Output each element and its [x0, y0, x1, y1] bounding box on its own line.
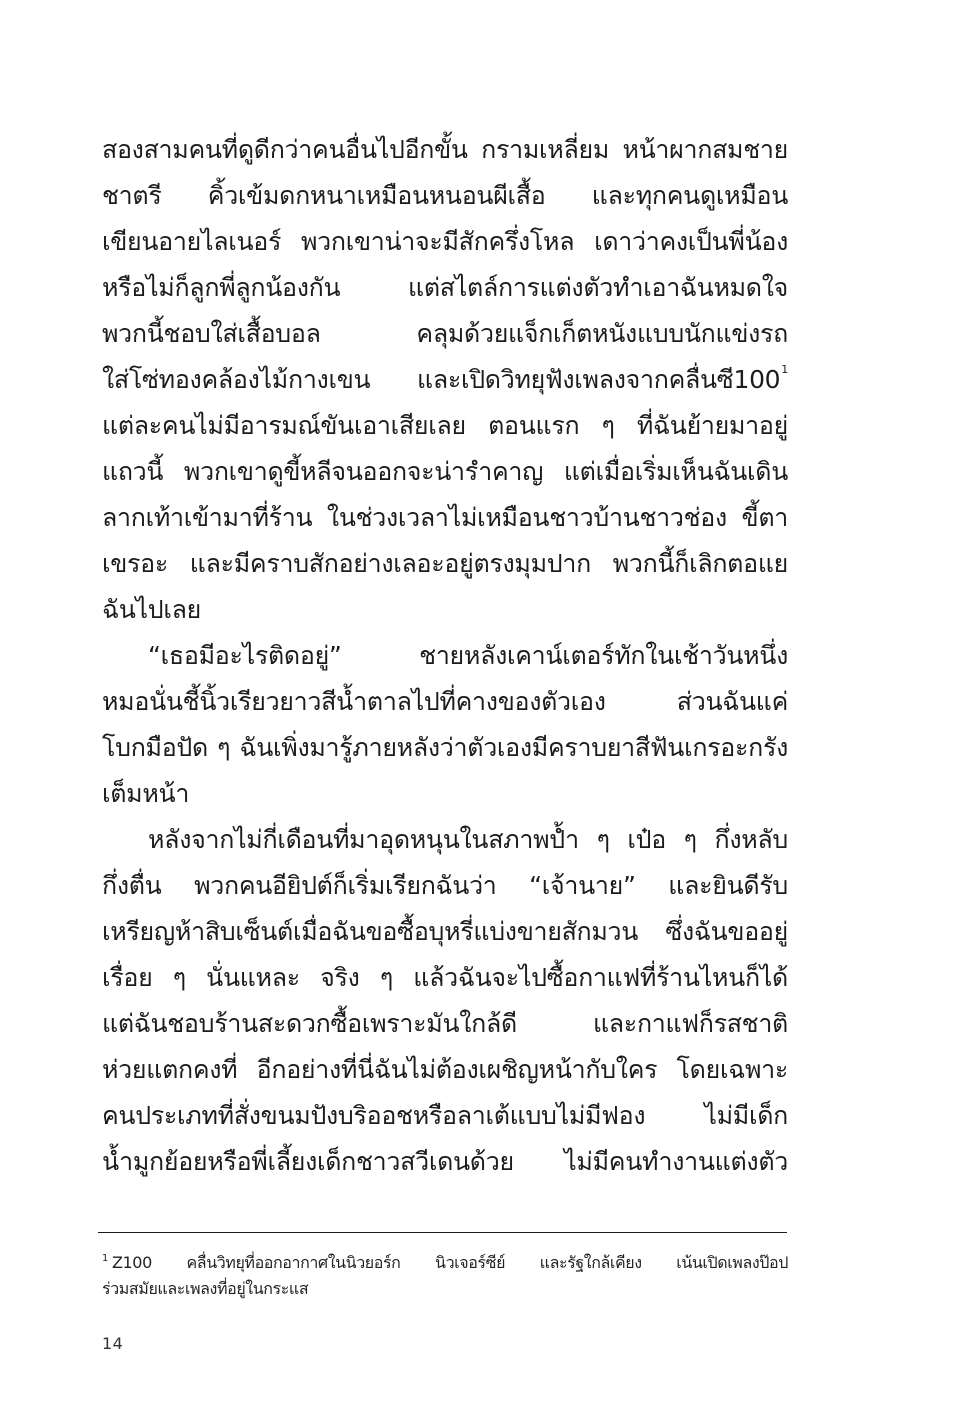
body-line: แต่ฉันชอบร้านสะดวกซื้อเพราะมันใกล้ดี และ… — [102, 1001, 788, 1047]
footnote-reference[interactable]: 1 — [781, 363, 788, 376]
body-line: หรือไม่ก็ลูกพี่ลูกน้องกัน แต่สไตล์การแต่… — [102, 265, 788, 311]
body-line: เขรอะ และมีคราบสักอย่างเลอะอยู่ตรงมุมปาก… — [102, 541, 788, 587]
body-line: หมอนั่นชี้นิ้วเรียวยาวสีน้ำตาลไปที่คางขอ… — [102, 679, 788, 725]
body-line: พวกนี้ชอบใส่เสื้อบอล คลุมด้วยแจ็กเก็ตหนั… — [102, 311, 788, 357]
page-number: 14 — [102, 1334, 123, 1353]
body-line: กึ่งตื่น พวกคนอียิปต์ก็เริ่มเรียกฉันว่า … — [102, 863, 788, 909]
footnote-marker: 1 — [102, 1253, 108, 1264]
body-line-paragraph-start: หลังจากไม่กี่เดือนที่มาอุดหนุนในสภาพป้ำ … — [102, 817, 788, 863]
body-text: สองสามคนที่ดูดีกว่าคนอื่นไปอีกขั้น กรามเ… — [102, 127, 788, 1185]
footnote-divider — [98, 1232, 787, 1233]
body-line-with-footnote-ref: ใส่โซ่ทองคล้องไม้กางเขน และเปิดวิทยุฟังเ… — [102, 357, 788, 403]
body-line: คนประเภทที่สั่งขนมปังบริออชหรือลาเต้แบบไ… — [102, 1093, 788, 1139]
body-line: เต็มหน้า — [102, 771, 788, 817]
body-line: ฉันไปเลย — [102, 587, 788, 633]
body-line: น้ำมูกย้อยหรือพี่เลี้ยงเด็กชาวสวีเดนด้วย… — [102, 1139, 788, 1185]
body-line-text: ใส่โซ่ทองคล้องไม้กางเขน และเปิดวิทยุฟังเ… — [102, 365, 780, 394]
body-line: โบกมือปัด ๆ ฉันเพิ่งมารู้ภายหลังว่าตัวเอ… — [102, 725, 788, 771]
body-line: แถวนี้ พวกเขาดูขี้หลีจนออกจะน่ารำคาญ แต่… — [102, 449, 788, 495]
footnote-line: ร่วมสมัยและเพลงที่อยู่ในกระแส — [102, 1276, 788, 1302]
body-line-paragraph-start: “เธอมีอะไรติดอยู่” ชายหลังเคาน์เตอร์ทักใ… — [102, 633, 788, 679]
footnote-text: Z100 คลื่นวิทยุที่ออกอากาศในนิวยอร์ก นิว… — [112, 1253, 788, 1272]
body-line: ห่วยแตกคงที่ อีกอย่างที่นี่ฉันไม่ต้องเผช… — [102, 1047, 788, 1093]
body-line: แต่ละคนไม่มีอารมณ์ขันเอาเสียเลย ตอนแรก ๆ… — [102, 403, 788, 449]
body-line: สองสามคนที่ดูดีกว่าคนอื่นไปอีกขั้น กรามเ… — [102, 127, 788, 173]
body-line: ชาตรี คิ้วเข้มดกหนาเหมือนหนอนผีเสื้อ และ… — [102, 173, 788, 219]
body-line: เขียนอายไลเนอร์ พวกเขาน่าจะมีสักครึ่งโหล… — [102, 219, 788, 265]
footnote-line: 1Z100 คลื่นวิทยุที่ออกอากาศในนิวยอร์ก นิ… — [102, 1250, 788, 1276]
body-line: เหรียญห้าสิบเซ็นต์เมื่อฉันขอซื้อบุหรี่แบ… — [102, 909, 788, 955]
footnote: 1Z100 คลื่นวิทยุที่ออกอากาศในนิวยอร์ก นิ… — [102, 1250, 788, 1302]
body-line: เรื่อย ๆ นั่นแหละ จริง ๆ แล้วฉันจะไปซื้อ… — [102, 955, 788, 1001]
body-line: ลากเท้าเข้ามาที่ร้าน ในช่วงเวลาไม่เหมือน… — [102, 495, 788, 541]
book-page: สองสามคนที่ดูดีกว่าคนอื่นไปอีกขั้น กรามเ… — [0, 0, 967, 1407]
